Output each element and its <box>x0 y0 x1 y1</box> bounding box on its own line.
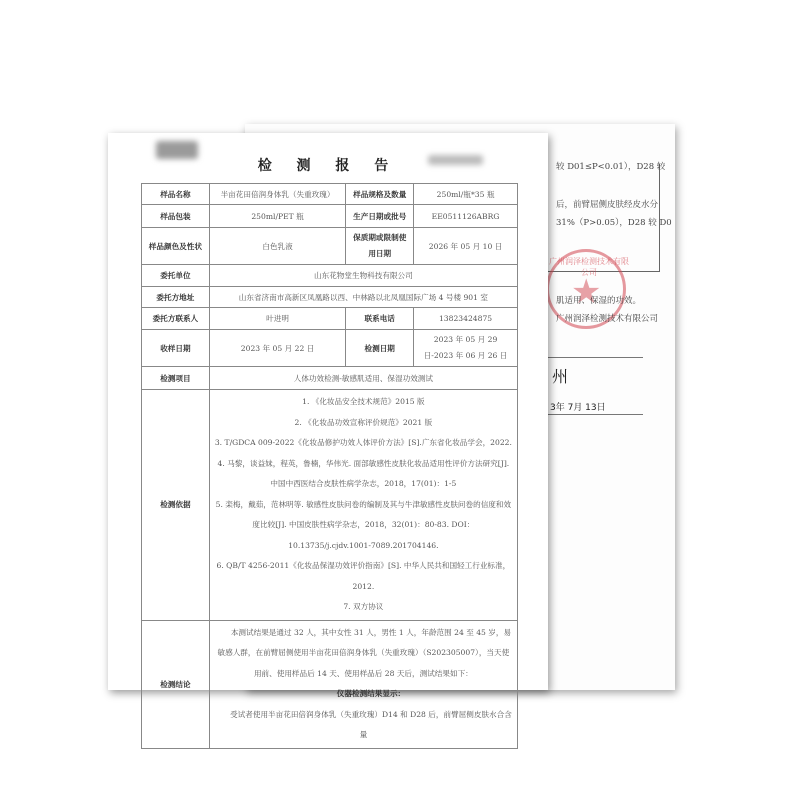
test-item-value: 人体功效检测-敏感肌适用、保湿功效测试 <box>209 367 517 390</box>
test-date-value: 2023 年 05 月 29 日-2023 年 06 月 26 日 <box>414 330 518 367</box>
conclusion-subheading: 仪器检测结果显示： <box>214 684 513 705</box>
signature-rule <box>548 357 643 358</box>
star-icon: ★ <box>571 272 601 312</box>
batch-value: EE0511126ABRG <box>414 205 518 228</box>
sample-pack-label: 样品包装 <box>142 205 210 228</box>
back-text-line: 后，前臂屈侧皮肤经皮水分 <box>556 198 658 210</box>
address-value: 山东省济南市高新区凤凰路以西、中林路以北凤凰国际广场 4 号楼 901 室 <box>209 287 517 308</box>
back-conclusion-line: 肌适用、保湿的功效。 <box>556 294 641 306</box>
basis-list: 1. 《化妆品安全技术规范》2015 版 2. 《化妆品功效宣称评价规范》202… <box>209 390 517 621</box>
report-table: 样品名称 半亩花田倍润身体乳（失重玫瑰） 样品规格及数量 250ml/瓶*35 … <box>141 183 518 749</box>
handwritten-signature: 州 <box>552 364 568 387</box>
receive-date-label: 收样日期 <box>142 330 210 367</box>
test-item-label: 检测项目 <box>142 367 210 390</box>
basis-item: 1. 《化妆品安全技术规范》2015 版 <box>214 392 513 413</box>
table-row: 样品颜色及性状 白色乳液 保质期或限制使用日期 2026 年 05 月 10 日 <box>142 228 518 265</box>
client-value: 山东花物堂生物科技有限公司 <box>209 265 517 287</box>
basis-label: 检测依据 <box>142 390 210 621</box>
handwritten-date: 3年 7月 13日 <box>550 400 606 413</box>
back-text-line: 较 D01≤P<0.01），D28 较 <box>556 160 665 172</box>
date-rule <box>548 414 643 415</box>
basis-item: 3. T/GDCA 009-2022《化妆品修护功效人体评价方法》[S].广东省… <box>214 433 513 454</box>
sample-name-label: 样品名称 <box>142 184 210 205</box>
conclusion-paragraph: 本测试结果是通过 32 人，其中女性 31 人，男性 1 人，年龄范围 24 至… <box>214 623 513 685</box>
table-row: 检测结论 本测试结果是通过 32 人，其中女性 31 人，男性 1 人，年龄范围… <box>142 620 518 748</box>
address-label: 委托方地址 <box>142 287 210 308</box>
table-row: 样品包装 250ml/PET 瓶 生产日期或批号 EE0511126ABRG <box>142 205 518 228</box>
conclusion-body: 本测试结果是通过 32 人，其中女性 31 人，男性 1 人，年龄范围 24 至… <box>209 620 517 748</box>
sample-spec-value: 250ml/瓶*35 瓶 <box>414 184 518 205</box>
expiry-value: 2026 年 05 月 10 日 <box>414 228 518 265</box>
basis-item: 4. 马黎，谈益妹，程英，鲁楠，华伟光. 面部敏感性皮肤化妆品适用性评价方法研究… <box>214 454 513 495</box>
sample-spec-label: 样品规格及数量 <box>346 184 414 205</box>
front-report-page: 检 测 报 告 样品名称 半亩花田倍润身体乳（失重玫瑰） 样品规格及数量 250… <box>108 133 548 690</box>
report-title: 检 测 报 告 <box>108 155 548 175</box>
table-row: 委托方地址 山东省济南市高新区凤凰路以西、中林路以北凤凰国际广场 4 号楼 90… <box>142 287 518 308</box>
conclusion-result-line: 受试者使用半亩花田倍润身体乳（失重玫瑰）D14 和 D28 后，前臂屈侧皮肤水合… <box>214 705 513 746</box>
table-row: 委托单位 山东花物堂生物科技有限公司 <box>142 265 518 287</box>
basis-item: 7. 双方协议 <box>214 597 513 618</box>
back-page-visible-strip: 较 D01≤P<0.01），D28 较 后，前臂屈侧皮肤经皮水分 31%（P>0… <box>548 124 675 690</box>
color-value: 白色乳液 <box>209 228 346 265</box>
conclusion-label: 检测结论 <box>142 620 210 748</box>
sample-name-value: 半亩花田倍润身体乳（失重玫瑰） <box>209 184 346 205</box>
table-row: 样品名称 半亩花田倍润身体乳（失重玫瑰） 样品规格及数量 250ml/瓶*35 … <box>142 184 518 205</box>
test-date-label: 检测日期 <box>346 330 414 367</box>
table-row: 检测项目 人体功效检测-敏感肌适用、保湿功效测试 <box>142 367 518 390</box>
batch-label: 生产日期或批号 <box>346 205 414 228</box>
table-row: 委托方联系人 叶进明 联系电话 13823424875 <box>142 308 518 330</box>
receive-date-value: 2023 年 05 月 22 日 <box>209 330 346 367</box>
expiry-label: 保质期或限制使用日期 <box>346 228 414 265</box>
basis-item: 5. 栾梅，戴茹，范林明等. 敏感性皮肤问卷的编制及其与牛津敏感性皮肤问卷的信度… <box>214 495 513 557</box>
sample-pack-value: 250ml/PET 瓶 <box>209 205 346 228</box>
phone-label: 联系电话 <box>346 308 414 330</box>
contact-label: 委托方联系人 <box>142 308 210 330</box>
table-row: 检测依据 1. 《化妆品安全技术规范》2015 版 2. 《化妆品功效宣称评价规… <box>142 390 518 621</box>
phone-value: 13823424875 <box>414 308 518 330</box>
basis-item: 2. 《化妆品功效宣称评价规范》2021 版 <box>214 413 513 434</box>
back-company-line: 广州润泽检测技术有限公司 <box>556 312 658 324</box>
contact-value: 叶进明 <box>209 308 346 330</box>
back-text-line: 31%（P>0.05），D28 较 D0 <box>556 216 672 228</box>
table-row: 收样日期 2023 年 05 月 22 日 检测日期 2023 年 05 月 2… <box>142 330 518 367</box>
client-label: 委托单位 <box>142 265 210 287</box>
basis-item: 6. QB/T 4256-2011《化妆品保湿功效评价指南》[S]. 中华人民共… <box>214 556 513 597</box>
color-label: 样品颜色及性状 <box>142 228 210 265</box>
